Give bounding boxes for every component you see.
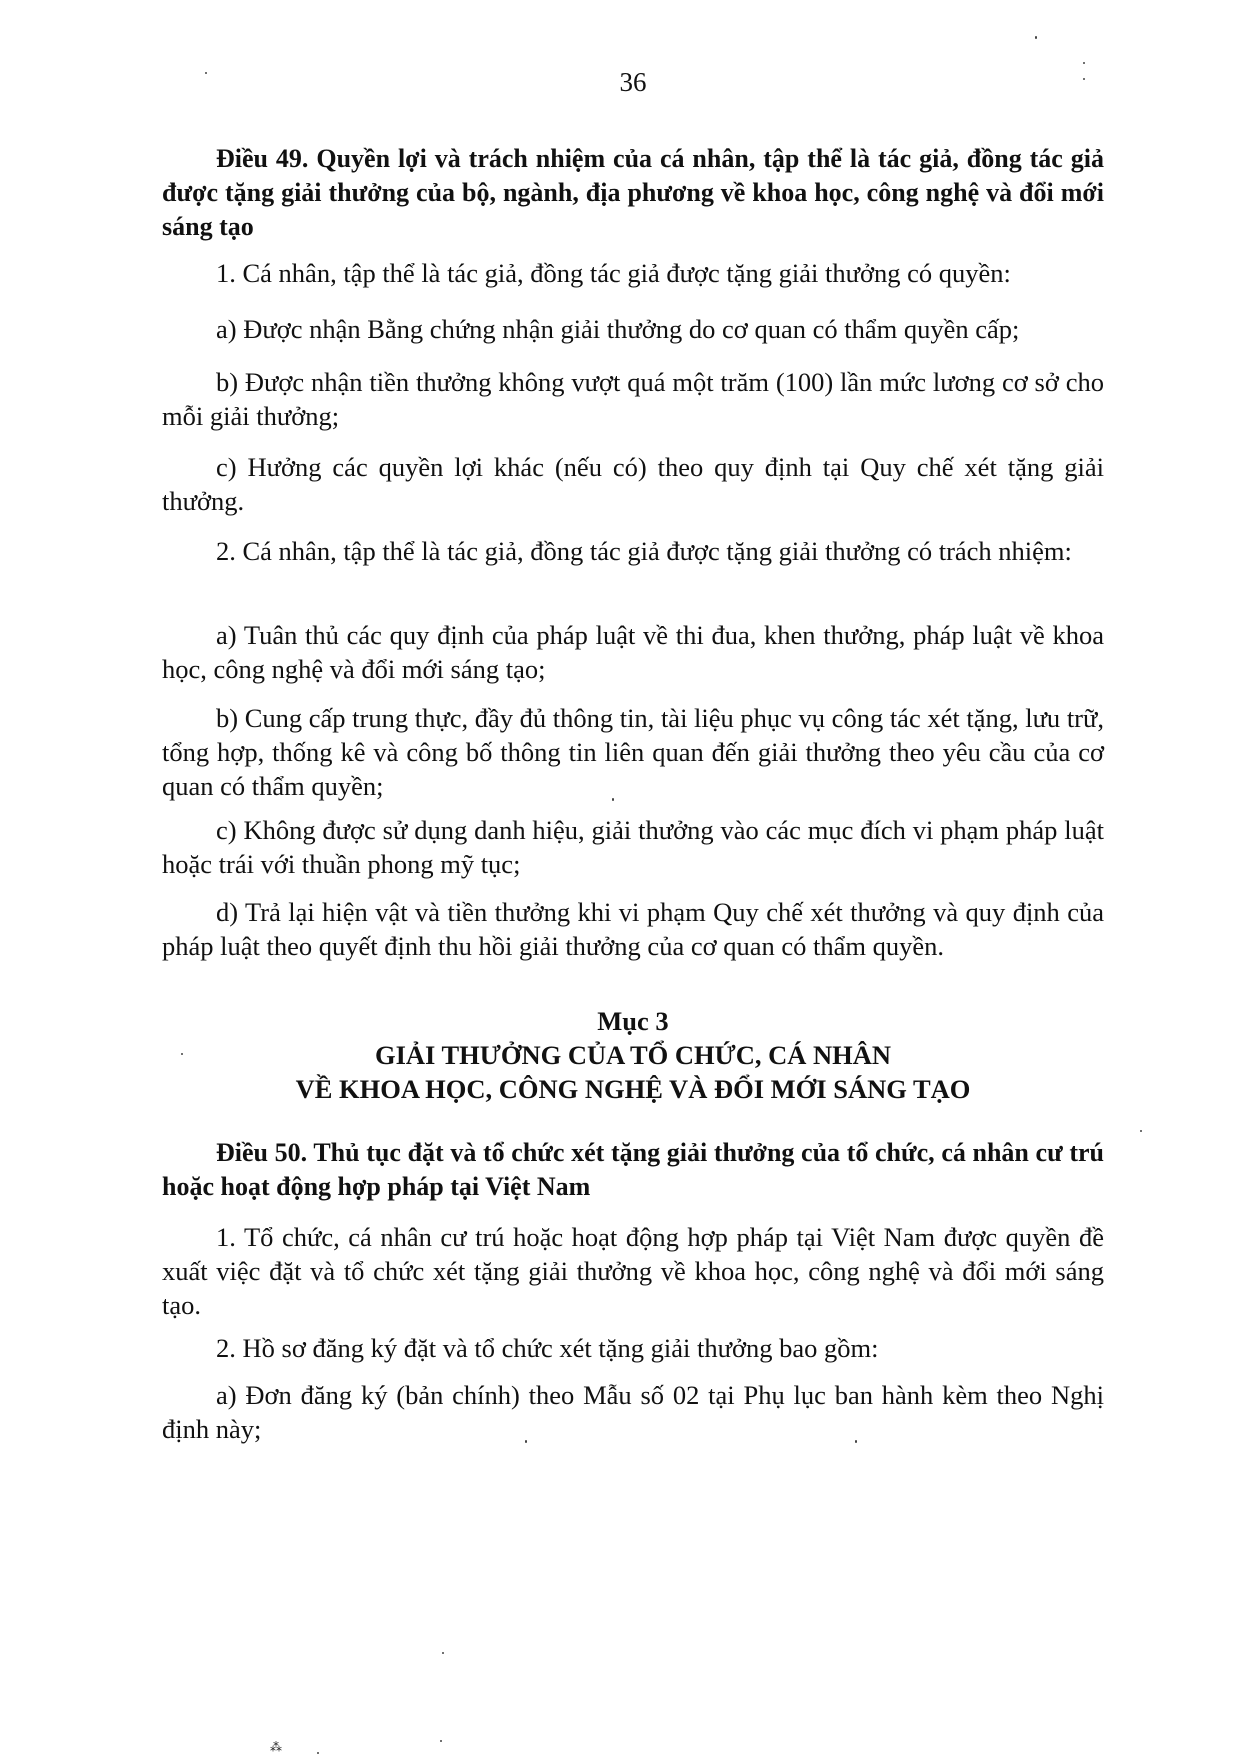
scan-speck <box>440 1740 442 1742</box>
scan-speck <box>525 1440 527 1443</box>
article-49-clause-2-item-b: b) Cung cấp trung thực, đầy đủ thông tin… <box>162 701 1104 803</box>
scan-speck <box>181 1053 183 1055</box>
section-3-title-line-2: VỀ KHOA HỌC, CÔNG NGHỆ VÀ ĐỔI MỚI SÁNG T… <box>162 1072 1104 1106</box>
section-3-label: Mục 3 <box>162 1004 1104 1038</box>
article-50-clause-2-intro: 2. Hồ sơ đăng ký đặt và tổ chức xét tặng… <box>162 1331 1104 1365</box>
article-49-clause-2-item-c: c) Không được sử dụng danh hiệu, giải th… <box>162 813 1104 881</box>
scan-speck <box>317 1752 319 1754</box>
scan-artifact-mark: ⁂ <box>270 1740 282 1754</box>
article-49-clause-2-intro: 2. Cá nhân, tập thể là tác giả, đồng tác… <box>162 534 1104 568</box>
article-49-clause-2-item-d: d) Trả lại hiện vật và tiền thưởng khi v… <box>162 895 1104 963</box>
article-50-clause-2-item-a: a) Đơn đăng ký (bản chính) theo Mẫu số 0… <box>162 1378 1104 1446</box>
scan-speck <box>442 1652 444 1654</box>
article-49-clause-1-item-a: a) Được nhận Bằng chứng nhận giải thưởng… <box>162 312 1104 346</box>
article-49-clause-1-item-b: b) Được nhận tiền thưởng không vượt quá … <box>162 365 1104 433</box>
scan-speck <box>1083 78 1085 80</box>
scan-speck <box>205 72 207 74</box>
section-3-heading: Mục 3 GIẢI THƯỞNG CỦA TỔ CHỨC, CÁ NHÂN V… <box>162 1004 1104 1106</box>
scan-speck <box>855 1440 857 1443</box>
scan-speck <box>612 798 614 801</box>
article-49-title: Điều 49. Quyền lợi và trách nhiệm của cá… <box>162 142 1104 244</box>
article-49-clause-1-item-c: c) Hưởng các quyền lợi khác (nếu có) the… <box>162 450 1104 518</box>
scan-speck <box>1035 36 1037 39</box>
article-49-clause-2-item-a: a) Tuân thủ các quy định của pháp luật v… <box>162 618 1104 686</box>
section-3-title-line-1: GIẢI THƯỞNG CỦA TỔ CHỨC, CÁ NHÂN <box>162 1038 1104 1072</box>
scan-speck <box>1083 62 1085 64</box>
scan-speck <box>1140 1130 1142 1132</box>
article-50-clause-1: 1. Tổ chức, cá nhân cư trú hoặc hoạt độn… <box>162 1220 1104 1322</box>
article-50-title: Điều 50. Thủ tục đặt và tổ chức xét tặng… <box>162 1136 1104 1204</box>
article-49-clause-1-intro: 1. Cá nhân, tập thể là tác giả, đồng tác… <box>162 256 1104 290</box>
page-number: 36 <box>162 66 1104 98</box>
